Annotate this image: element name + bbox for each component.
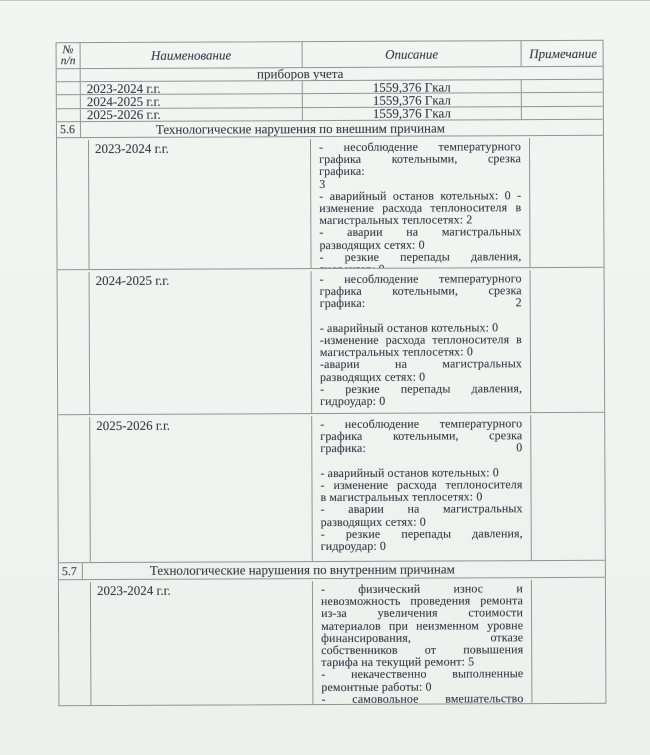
row-number-cell <box>57 82 81 94</box>
note-cell <box>522 93 605 106</box>
table-container: № п/п Наименование Описание Примечание п… <box>56 40 607 706</box>
description-line: графика: <box>319 165 521 178</box>
table-row: 2023-2024 г.г.- несоблюдение температурн… <box>57 136 604 270</box>
description-line: графика: 2 <box>320 297 522 310</box>
period-cell: 2024-2025 г.г. <box>81 94 303 107</box>
value-cell: 1559,376 Гкал <box>303 93 522 106</box>
row-number-cell <box>57 109 81 122</box>
header-cell-name: Наименование <box>81 42 303 68</box>
description-line: гидроудар: 0 <box>320 394 522 407</box>
row-number-cell <box>57 95 81 108</box>
note-cell <box>531 415 615 560</box>
header-cell-number: № п/п <box>57 43 81 68</box>
period-cell: 2024-2025 г.г. <box>90 271 313 414</box>
description-cell: - несоблюдение температурногографика кот… <box>312 415 532 561</box>
scan-edge-artifact <box>0 0 650 1</box>
row-number-cell <box>67 582 92 705</box>
row-number-cell: 5.6 <box>57 122 81 137</box>
period-cell: 2023-2024 г.г. <box>91 581 314 705</box>
value-cell: 1559,376 Гкал <box>303 80 522 93</box>
description-cell: - несоблюдение температурногографика кот… <box>311 138 531 268</box>
note-cell <box>532 580 616 703</box>
table-header-row: № п/п Наименование Описание Примечание <box>57 41 603 69</box>
period-cell: 2023-2024 г.г. <box>89 139 312 269</box>
row-number-cell <box>66 417 91 562</box>
period-cell: 2025-2026 г.г. <box>81 108 303 121</box>
description-line: гидроудар: 0 <box>321 539 523 552</box>
period-cell: 2025-2026 г.г. <box>90 416 313 562</box>
note-cell <box>522 106 605 119</box>
table-row: 2023-2024 г.г.- физический износ иневозм… <box>59 578 606 705</box>
period-cell: 2023-2024 г.г. <box>81 81 303 94</box>
description-cell: - несоблюдение температурногографика кот… <box>312 270 532 413</box>
note-cell <box>522 80 605 92</box>
row-number-cell <box>66 272 91 414</box>
value-cell: 1559,376 Гкал <box>303 107 522 120</box>
description-line: графика: 0 <box>320 442 522 455</box>
note-cell <box>531 270 615 412</box>
description-cell: - физический износ иневозможность провед… <box>313 580 533 704</box>
row-number-cell <box>57 69 81 81</box>
data-table: № п/п Наименование Описание Примечание п… <box>56 40 607 706</box>
table-row: 2025-2026 г.г.- несоблюдение температурн… <box>58 413 605 563</box>
header-cell-note: Примечание <box>522 41 605 66</box>
header-cell-description: Описание <box>303 41 522 67</box>
row-number-cell <box>65 140 90 269</box>
row-number-cell: 5.7 <box>59 563 83 579</box>
header-number-line2: п/п <box>61 56 76 67</box>
header-number-line1: № <box>63 45 74 56</box>
description-line: - самовольное вмешательство <box>321 692 523 704</box>
scanned-page: № п/п Наименование Описание Примечание п… <box>0 0 650 755</box>
merged-section-title-cell: Технологические нарушения по внутренним … <box>83 561 605 579</box>
merged-section-title-cell: приборов учета <box>81 67 603 81</box>
note-cell <box>530 138 614 267</box>
table-body: приборов учета2023-2024 г.г.1559,376 Гка… <box>57 67 606 705</box>
merged-section-title-cell: Технологические нарушения по внешним при… <box>81 120 603 137</box>
table-row: 2024-2025 г.г.- несоблюдение температурн… <box>58 268 605 415</box>
